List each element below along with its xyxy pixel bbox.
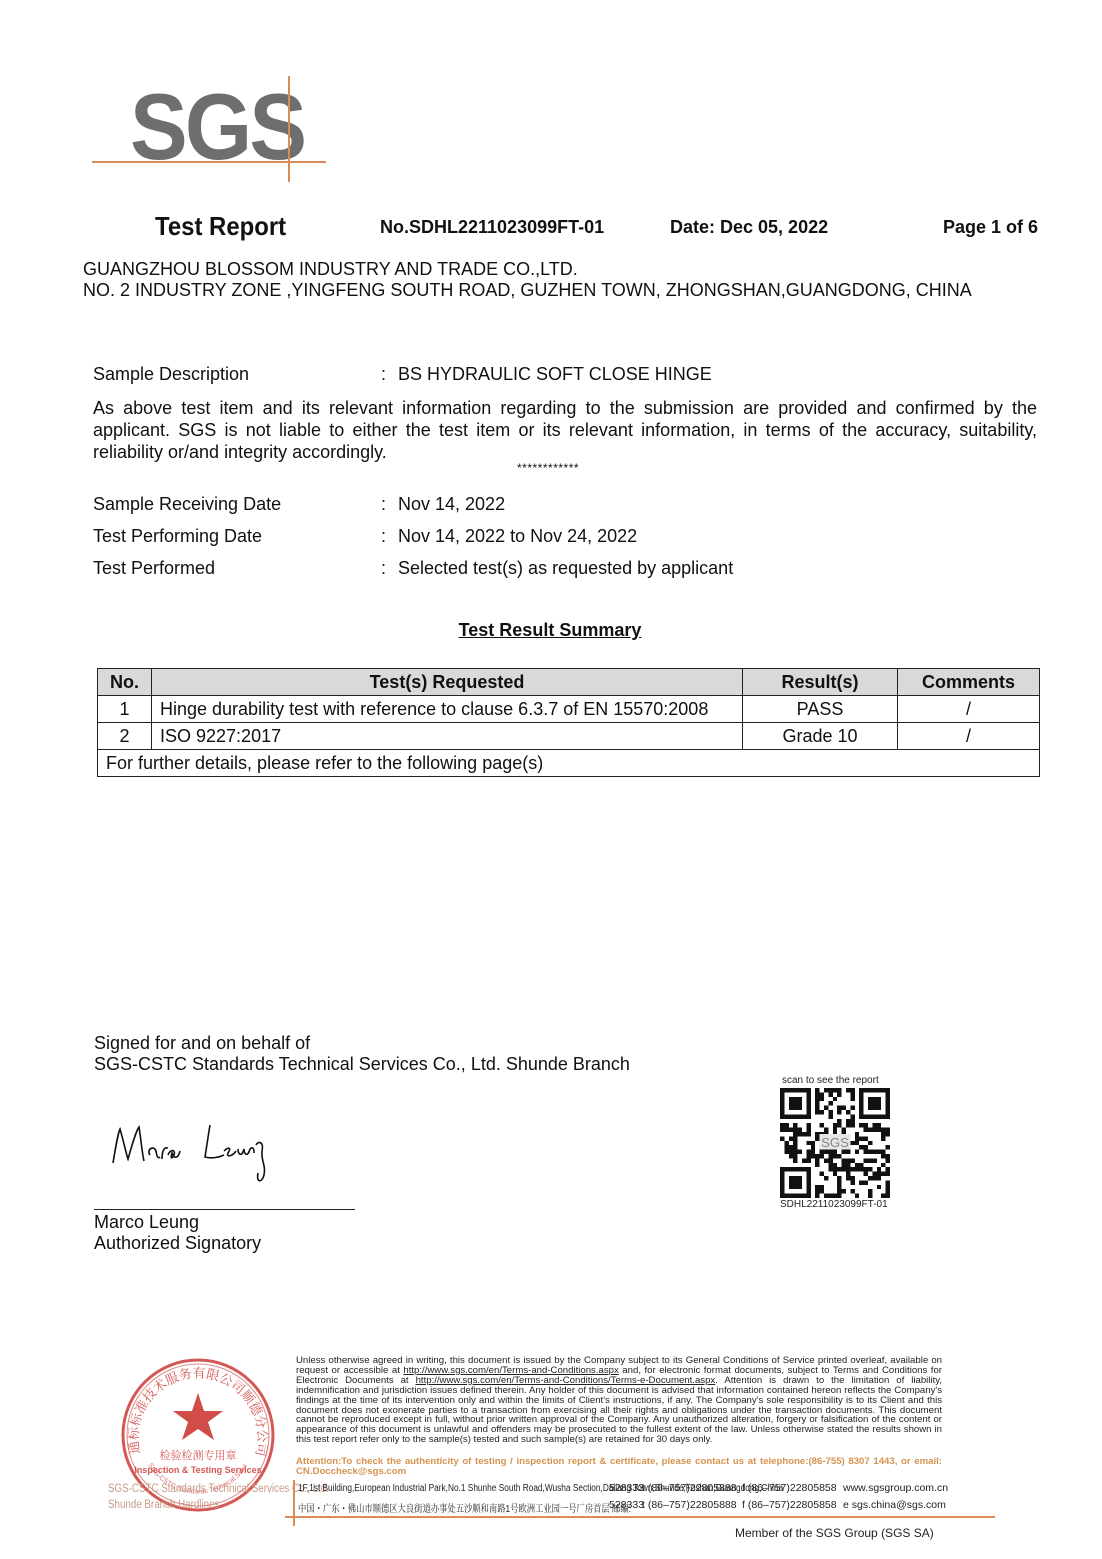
- postcode: 528333: [609, 1482, 644, 1494]
- document-title: Test Report: [155, 211, 286, 242]
- column-header-no: No.: [98, 669, 152, 696]
- signer-title: Authorized Signatory: [94, 1233, 261, 1254]
- sample-description-value: BS HYDRAULIC SOFT CLOSE HINGE: [398, 364, 712, 385]
- logo-vertical-rule: [288, 76, 290, 182]
- sample-description-label: Sample Description: [93, 364, 249, 385]
- column-header-result: Result(s): [743, 669, 898, 696]
- cell-no: 2: [98, 723, 152, 750]
- summary-title: Test Result Summary: [0, 620, 1100, 641]
- separator-stars: ************: [517, 461, 579, 475]
- signed-for-text: Signed for and on behalf of: [94, 1033, 310, 1054]
- telephone: t (86–757)22805888: [642, 1482, 737, 1494]
- column-header-comments: Comments: [898, 669, 1040, 696]
- authenticity-notice: Attention:To check the authenticity of t…: [296, 1457, 942, 1477]
- signature-line: [94, 1209, 355, 1210]
- cell-no: 1: [98, 696, 152, 723]
- website-link[interactable]: www.sgsgroup.com.cn: [843, 1482, 948, 1494]
- terms-and-conditions: Unless otherwise agreed in writing, this…: [296, 1356, 942, 1445]
- field-label: Test Performing Date: [93, 526, 262, 547]
- qr-report-id: SDHL2211023099FT-01: [780, 1199, 888, 1210]
- result-summary-table: No. Test(s) Requested Result(s) Comments…: [97, 668, 1040, 777]
- qr-center-label: SGS: [821, 1135, 849, 1150]
- qr-code-icon[interactable]: SGS: [780, 1088, 890, 1198]
- email-link[interactable]: e sgs.china@sgs.com: [843, 1499, 946, 1511]
- applicant-disclaimer: As above test item and its relevant info…: [93, 397, 1037, 463]
- address-chinese: 中国・广东・佛山市顺德区大良街道办事处五沙顺和南路1号欧洲工业园一号厂房首层 邮…: [298, 1500, 631, 1515]
- signer-name: Marco Leung: [94, 1212, 199, 1233]
- cell-test: Hinge durability test with reference to …: [152, 696, 743, 723]
- stamp-company-line1: SGS-CSTC Standards Technical Services Co…: [108, 1481, 329, 1497]
- table-row: 1 Hinge durability test with reference t…: [98, 696, 1040, 723]
- member-of-sgs-group: Member of the SGS Group (SGS SA): [735, 1526, 934, 1540]
- colon: :: [381, 558, 386, 579]
- table-footnote-row: For further details, please refer to the…: [98, 750, 1040, 777]
- test-performing-date: Nov 14, 2022 to Nov 24, 2022: [398, 526, 637, 547]
- test-performed: Selected test(s) as requested by applica…: [398, 558, 733, 579]
- field-label: Sample Receiving Date: [93, 494, 281, 515]
- column-header-test: Test(s) Requested: [152, 669, 743, 696]
- stamp-company-line2: Shunde Branch Hardlines: [108, 1497, 329, 1513]
- report-number: No.SDHL2211023099FT-01: [380, 217, 604, 238]
- client-address: NO. 2 INDUSTRY ZONE ,YINGFENG SOUTH ROAD…: [83, 280, 972, 301]
- client-name: GUANGZHOU BLOSSOM INDUSTRY AND TRADE CO.…: [83, 259, 578, 280]
- colon: :: [381, 494, 386, 515]
- sample-receiving-date: Nov 14, 2022: [398, 494, 505, 515]
- page-number: Page 1 of 6: [943, 217, 1038, 238]
- signing-organization: SGS-CSTC Standards Technical Services Co…: [94, 1054, 630, 1075]
- colon: :: [381, 364, 386, 385]
- table-footnote: For further details, please refer to the…: [98, 750, 1040, 777]
- colon: :: [381, 526, 386, 547]
- stamp-middle-cn: 检验检测专用章: [160, 1448, 237, 1462]
- sgs-logo: SGS: [92, 76, 328, 184]
- table-row: 2 ISO 9227:2017 Grade 10 /: [98, 723, 1040, 750]
- footer-horizontal-rule: [285, 1516, 995, 1518]
- footer-vertical-rule: [293, 1480, 295, 1526]
- cell-test: ISO 9227:2017: [152, 723, 743, 750]
- cell-comments: /: [898, 723, 1040, 750]
- field-label: Test Performed: [93, 558, 215, 579]
- logo-horizontal-rule: [92, 161, 326, 163]
- fax: f (86–757)22805858: [742, 1482, 837, 1494]
- terms-text: . Attention is drawn to the limitation o…: [296, 1375, 942, 1445]
- telephone: t (86–757)22805888: [642, 1499, 737, 1511]
- fax: f (86–757)22805858: [742, 1499, 837, 1511]
- stamp-company-name: SGS-CSTC Standards Technical Services Co…: [108, 1481, 329, 1513]
- cell-comments: /: [898, 696, 1040, 723]
- report-date: Date: Dec 05, 2022: [670, 217, 828, 238]
- sgs-logo-text: SGS: [130, 80, 304, 174]
- table-header-row: No. Test(s) Requested Result(s) Comments: [98, 669, 1040, 696]
- postcode: 528333: [609, 1499, 644, 1511]
- qr-caption: scan to see the report: [782, 1075, 879, 1086]
- cell-result: Grade 10: [743, 723, 898, 750]
- cell-result: PASS: [743, 696, 898, 723]
- handwritten-signature: [108, 1115, 283, 1185]
